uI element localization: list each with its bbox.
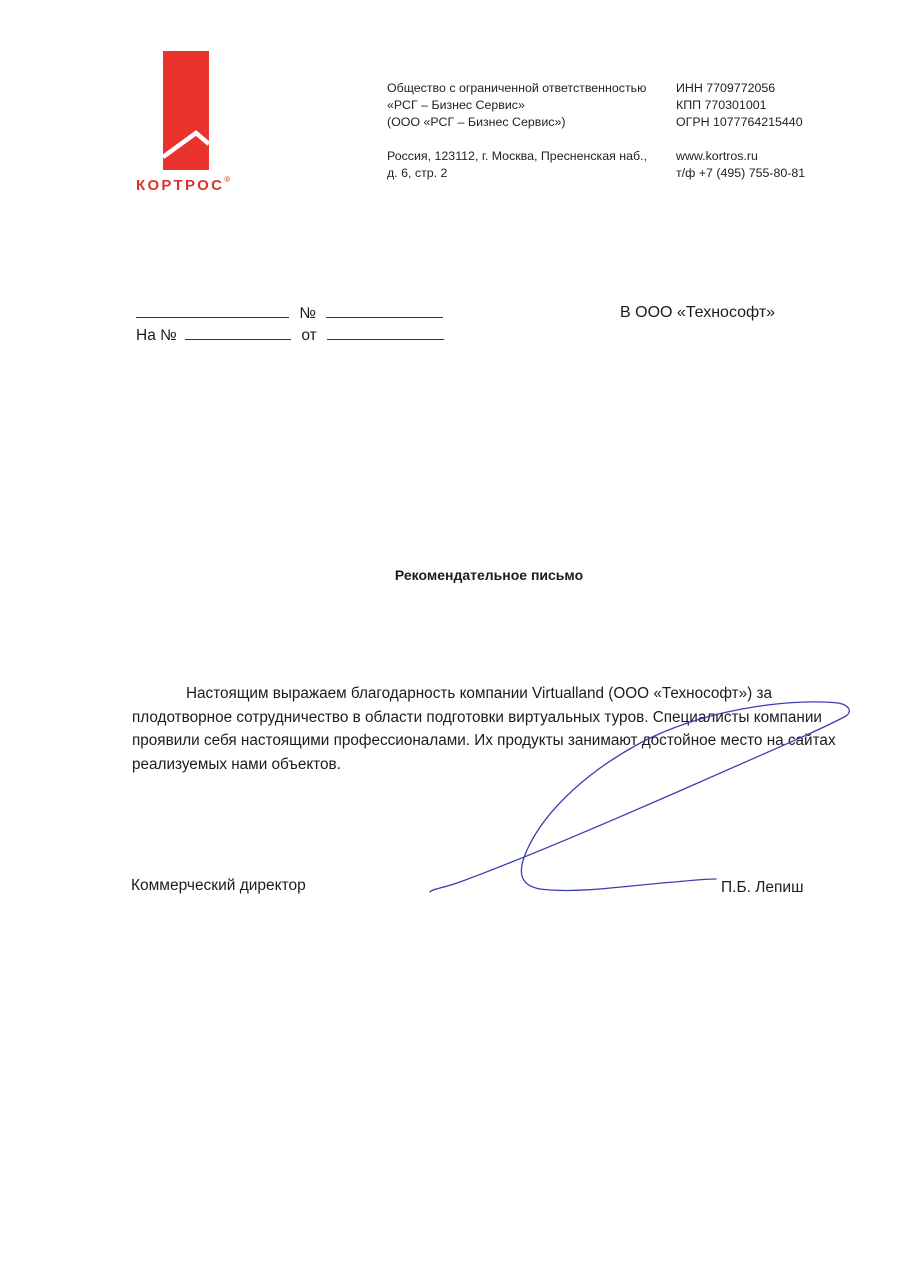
address-line-2: д. 6, стр. 2 [387, 165, 647, 182]
phone-fax: т/ф +7 (495) 755-80-81 [676, 165, 805, 182]
letter-title: Рекомендательное письмо [0, 567, 910, 583]
letterhead-company: Общество с ограниченной ответственностью… [387, 80, 646, 131]
reply-to-label: На № [136, 327, 177, 344]
company-logo-mark [163, 51, 209, 170]
company-logo-wordmark: КОРТРОС® [136, 177, 230, 194]
signatory-position: Коммерческий директор [131, 877, 306, 895]
roof-icon [163, 51, 209, 170]
logo-wordmark-text: КОРТРОС [136, 177, 224, 194]
date-blank [136, 303, 289, 318]
reply-to-line: На № от [136, 325, 444, 345]
letterhead-contacts: www.kortros.ru т/ф +7 (495) 755-80-81 [676, 148, 805, 182]
ogrn: ОГРН 1077764215440 [676, 114, 803, 131]
number-label: № [299, 305, 316, 322]
registered-mark: ® [224, 175, 230, 184]
body-line: плодотворное сотрудничество в области по… [132, 706, 852, 730]
inn: ИНН 7709772056 [676, 80, 803, 97]
from-label: от [301, 327, 316, 344]
body-line: реализуемых нами объектов. [132, 753, 852, 777]
number-blank [326, 303, 443, 318]
outgoing-number-line: № [136, 303, 443, 323]
letterhead-requisites: ИНН 7709772056 КПП 770301001 ОГРН 107776… [676, 80, 803, 131]
letter-body: Настоящим выражаем благодарность компани… [132, 682, 852, 776]
company-short-name: (ООО «РСГ – Бизнес Сервис») [387, 114, 646, 131]
reply-date-blank [327, 325, 444, 340]
addressee: В ООО «Технософт» [620, 304, 775, 322]
reply-number-blank [185, 325, 291, 340]
website: www.kortros.ru [676, 148, 805, 165]
signatory-name: П.Б. Лепиш [721, 879, 804, 897]
company-name: «РСГ – Бизнес Сервис» [387, 97, 646, 114]
body-line: Настоящим выражаем благодарность компани… [132, 682, 852, 706]
address-line-1: Россия, 123112, г. Москва, Пресненская н… [387, 148, 647, 165]
company-full-name: Общество с ограниченной ответственностью [387, 80, 646, 97]
kpp: КПП 770301001 [676, 97, 803, 114]
body-line: проявили себя настоящими профессионалами… [132, 729, 852, 753]
letterhead-address: Россия, 123112, г. Москва, Пресненская н… [387, 148, 647, 182]
